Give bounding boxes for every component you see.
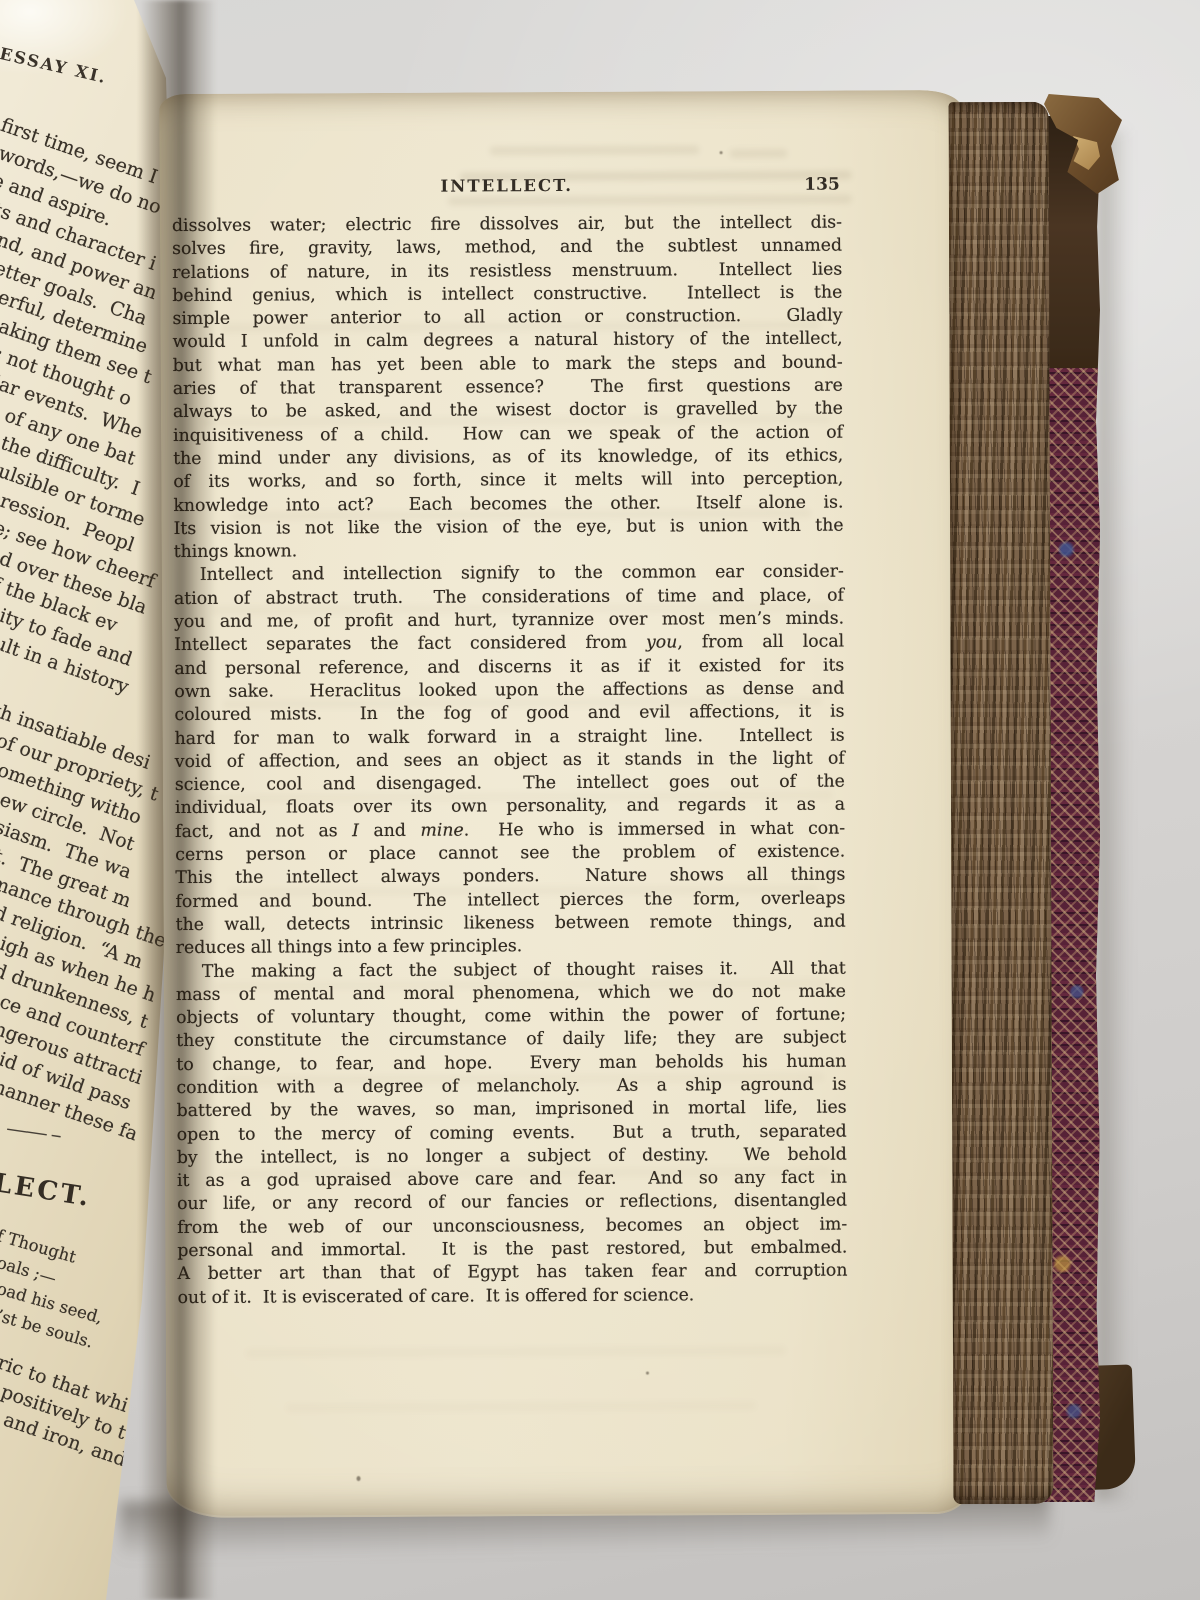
text-line: inquisitiveness of a child. How can we s… [173, 421, 843, 448]
left-page: ESSAY XI. the first time, seem Iest word… [0, 0, 176, 1600]
text-line: own sake. Heraclitus looked upon the aff… [174, 677, 844, 704]
running-title: INTELLECT. [172, 175, 842, 198]
paragraph: The making a fact the subject of thought… [176, 957, 848, 1310]
text-line: from the web of our unconsciousness, bec… [177, 1213, 847, 1240]
text-line: would I unfold in calm degrees a natural… [173, 328, 843, 355]
text-line: out of it. It is eviscerated of care. It… [178, 1283, 848, 1310]
left-page-running-title: ESSAY XI. [0, 44, 109, 87]
text-line: the wall, detects intrinsic likeness bet… [176, 910, 846, 937]
paper-speck [646, 1372, 649, 1375]
text-line: Intellect separates the fact considered … [174, 631, 844, 658]
text-line: science, cool and disengaged. The intell… [175, 771, 845, 798]
text-line: the mind under any divisions, as of its … [173, 445, 843, 472]
section-rule: —— – [5, 1116, 62, 1148]
text-line: always to be asked, and the wisest docto… [173, 398, 843, 425]
text-line: coloured mists. In the fog of good and e… [174, 701, 844, 728]
text-line: things known. [174, 538, 844, 565]
text-line: A better art than that of Egypt has take… [177, 1260, 847, 1287]
text-line: open to the mercy of coming events. But … [177, 1120, 847, 1147]
page-body-text: dissolves water; electric fire dissolves… [172, 212, 848, 1310]
text-line: relations of nature, in its resistless m… [172, 258, 842, 285]
text-line: solves fire, gravity, laws, method, and … [172, 235, 842, 262]
fore-edge-marbled-page-block [949, 102, 1054, 1504]
ghost-text-bar [286, 1401, 756, 1412]
text-line: personal and immortal. It is the past re… [177, 1237, 847, 1264]
text-line: aries of that transparent essence? The f… [173, 375, 843, 402]
text-line: simple power anterior to all action or c… [172, 305, 842, 332]
text-line: fact, and not as I and mine. He who is i… [175, 817, 845, 844]
page-header: INTELLECT. 135 [172, 175, 842, 203]
text-line: to change, to fear, and hope. Every man … [176, 1050, 846, 1077]
text-line: Intellect and intellection signify to th… [174, 561, 844, 588]
text-line: mass of mental and moral phenomena, whic… [176, 980, 846, 1007]
text-line: our life, or any record of our fancies o… [177, 1190, 847, 1217]
paragraph: dissolves water; electric fire dissolves… [172, 212, 844, 565]
text-line: individual, floats over its own personal… [175, 794, 845, 821]
text-line: battered by the waves, so man, imprisone… [177, 1097, 847, 1124]
paper-speck [720, 151, 723, 154]
text-line: condition with a degree of melancholy. A… [176, 1074, 846, 1101]
text-line: objects of voluntary thought, come withi… [176, 1004, 846, 1031]
text-line: void of affection, and sees an object as… [175, 747, 845, 774]
page-number: 135 [804, 175, 840, 195]
text-line: Its vision is not like the vision of the… [173, 514, 843, 541]
text-line: This the intellect always ponders. Natur… [175, 864, 845, 891]
text-line: but what man has yet been able to mark t… [173, 351, 843, 378]
book-right-shadow [1096, 130, 1130, 1500]
ghost-text-bar [246, 1346, 786, 1358]
text-line: of its works, and so forth, since it mel… [173, 468, 843, 495]
text-line: they constitute the circumstance of dail… [176, 1027, 846, 1054]
ghost-text-bar [490, 145, 700, 155]
text-line: you and me, of profit and hurt, tyranniz… [174, 608, 844, 635]
text-line: The making a fact the subject of thought… [176, 957, 846, 984]
paper-speck [357, 1476, 361, 1481]
text-line: knowledge into act? Each becomes the oth… [173, 491, 843, 518]
text-line: cerns person or place cannot see the pro… [175, 841, 845, 868]
chapter-heading-fragment: LECT. [0, 1168, 94, 1213]
ghost-text-bar [730, 149, 788, 158]
right-page: INTELLECT. 135 dissolves water; electric… [159, 90, 968, 1518]
text-line: it as a god upraised above care and fear… [177, 1167, 847, 1194]
text-line: behind genius, which is intellect constr… [172, 281, 842, 308]
text-line: reduces all things into a few principles… [176, 934, 846, 961]
book-photo-scene: ESSAY XI. the first time, seem Iest word… [0, 0, 1200, 1600]
text-line: and personal reference, and discerns it … [174, 654, 844, 681]
text-line: dissolves water; electric fire dissolves… [172, 212, 842, 239]
paragraph: Intellect and intellection signify to th… [174, 561, 846, 961]
text-line: hard for man to walk forward in a straig… [175, 724, 845, 751]
text-line: ation of abstract truth. The considerati… [174, 584, 844, 611]
text-line: by the intellect, is no longer a subject… [177, 1143, 847, 1170]
text-line: formed and bound. The intellect pierces … [175, 887, 845, 914]
show-through-ghosting [159, 90, 961, 94]
